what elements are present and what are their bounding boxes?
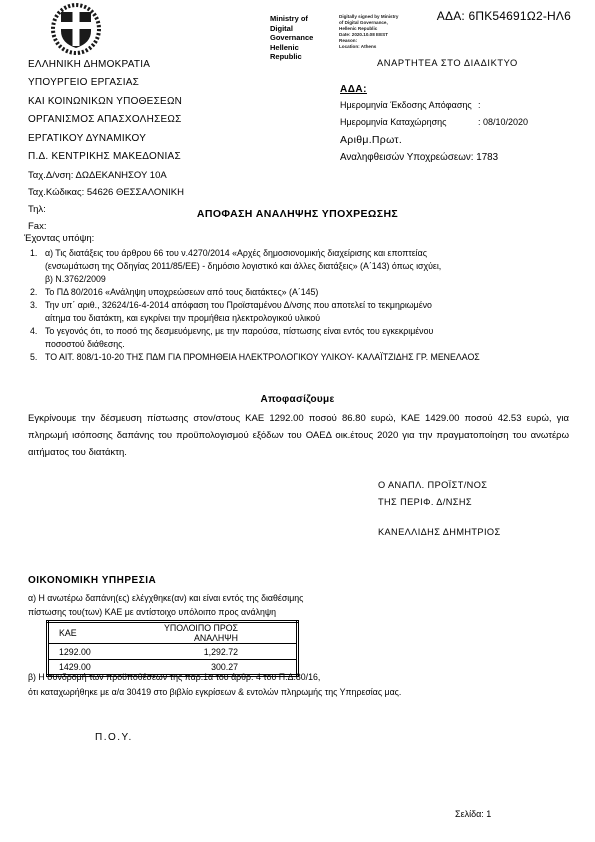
org-line: ΕΡΓΑΤΙΚΟΥ ΔΥΝΑΜΙΚΟΥ (28, 130, 182, 148)
address-postal: Ταχ.Κώδικας: 54626 ΘΕΣΣΑΛΟΝΙΚΗ (28, 184, 184, 201)
col-header-balance: ΥΠΟΛΟΙΠΟ ΠΡΟΣ ΑΝΑΛΗΨΗ (138, 622, 298, 644)
document-title: ΑΠΟΦΑΣΗ ΑΝΑΛΗΨΗΣ ΥΠΟΧΡΕΩΣΗΣ (0, 208, 595, 220)
signature-line: Location: Athens (339, 44, 417, 50)
list-item-number: 2. (30, 286, 45, 299)
signer-title-line1: Ο ΑΝΑΠΛ. ΠΡΟΪΣΤ/ΝΟΣ (378, 477, 501, 494)
org-line: ΟΡΓΑΝΙΣΜΟΣ ΑΠΑΣΧΟΛΗΣΕΩΣ (28, 111, 182, 129)
issue-date-value: : (478, 100, 481, 110)
registration-date-row: Ημερομηνία Καταχώρησης: 08/10/2020 (340, 117, 528, 134)
list-item: 1. α) Τις διατάξεις του άρθρου 66 του ν.… (30, 247, 578, 286)
signer-title-line2: ΤΗΣ ΠΕΡΙΦ. Δ/ΝΣΗΣ (378, 494, 501, 511)
issuing-authority-block: ΕΛΛΗΝΙΚΗ ΔΗΜΟΚΡΑΤΙΑ ΥΠΟΥΡΓΕΙΟ ΕΡΓΑΣΙΑΣ Κ… (28, 56, 182, 166)
list-item-text: Το ΠΔ 80/2016 «Ανάληψη υποχρεώσεων από τ… (45, 286, 578, 299)
protocol-number-row: Αριθμ.Πρωτ. (340, 134, 528, 151)
table: ΚΑΕ ΥΠΟΛΟΙΠΟ ΠΡΟΣ ΑΝΑΛΗΨΗ 1292.00 1,292.… (46, 620, 299, 677)
obligations-label: Αναληφθεισών Υποχρεώσεων: (340, 152, 474, 163)
registration-date-value: : 08/10/2020 (478, 117, 528, 127)
org-line: Π.Δ. ΚΕΝΤΡΙΚΗΣ ΜΑΚΕΔΟΝΙΑΣ (28, 148, 182, 166)
list-item-text: Το γεγονός ότι, το ποσό της δεσμευόμενης… (45, 325, 578, 351)
col-header-kae: ΚΑΕ (48, 622, 138, 644)
decision-body: Εγκρίνουμε την δέσμευση πίστωσης στον/στ… (28, 410, 569, 461)
page-number: Σελίδα: 1 (455, 809, 491, 819)
finance-section-heading: ΟΙΚΟΝΟΜΙΚΗ ΥΠΗΡΕΣΙΑ (28, 575, 156, 586)
having-regard-label: Έχοντας υπόψη: (24, 233, 94, 244)
cell-balance: 1,292.72 (138, 644, 298, 660)
finance-paragraph-b: β) Η συνδρομή των προϋποθέσεων της παρ.1… (28, 670, 401, 699)
coat-of-arms-icon (44, 2, 108, 56)
org-line: ΥΠΟΥΡΓΕΙΟ ΕΡΓΑΣΙΑΣ (28, 74, 182, 92)
ada-code: ΑΔΑ: 6ΠΚ54691Ω2-ΗΛ6 (437, 9, 571, 23)
signature-details: Digitally signed by Ministry of Digital … (339, 14, 417, 62)
poy-label: Π.Ο.Υ. (95, 732, 133, 743)
list-item-number: 4. (30, 325, 45, 351)
list-item-number: 1. (30, 247, 45, 286)
cell-kae: 1292.00 (48, 644, 138, 660)
list-item: 2. Το ΠΔ 80/2016 «Ανάληψη υποχρεώσεων απ… (30, 286, 578, 299)
registration-date-label: Ημερομηνία Καταχώρησης (340, 117, 478, 127)
org-line: ΕΛΛΗΝΙΚΗ ΔΗΜΟΚΡΑΤΙΑ (28, 56, 182, 74)
list-item-text: Την υπ΄ αριθ., 32624/16-4-2014 απόφαση τ… (45, 299, 578, 325)
kae-balance-table: ΚΑΕ ΥΠΟΛΟΙΠΟ ΠΡΟΣ ΑΝΑΛΗΨΗ 1292.00 1,292.… (46, 620, 299, 677)
address-block: Ταχ.Δ/νση: ΔΩΔΕΚΑΝΗΣΟΥ 10Α Ταχ.Κώδικας: … (28, 167, 184, 235)
anartitea-label: ΑΝΑΡΤΗΤΕΑ ΣΤΟ ΔΙΑΔΙΚΤΥΟ (377, 58, 518, 68)
ada-label: ΑΔΑ: (340, 84, 367, 95)
ministry-name-line: Hellenic Republic (270, 43, 332, 62)
issue-date-label: Ημερομηνία Έκδοσης Απόφασης (340, 100, 478, 110)
org-line: ΚΑΙ ΚΟΙΝΩΝΙΚΩΝ ΥΠΟΘΕΣΕΩΝ (28, 93, 182, 111)
list-item-number: 3. (30, 299, 45, 325)
decision-heading: Αποφασίζουμε (0, 394, 595, 405)
list-item: 5. ΤΟ ΑΙΤ. 808/1-10-20 ΤΗΣ ΠΔΜ ΓΙΑ ΠΡΟΜΗ… (30, 351, 578, 364)
list-item: 3. Την υπ΄ αριθ., 32624/16-4-2014 απόφασ… (30, 299, 578, 325)
list-item-number: 5. (30, 351, 45, 364)
issue-date-row: Ημερομηνία Έκδοσης Απόφασης: (340, 100, 528, 117)
obligations-value: 1783 (476, 152, 498, 163)
finance-paragraph-a: α) Η ανωτέρω δαπάνη(ες) ελέγχθηκε(αν) κα… (28, 592, 303, 619)
ministry-name: Ministry of Digital Governance Hellenic … (270, 14, 332, 62)
protocol-number-label: Αριθμ.Πρωτ. (340, 134, 402, 146)
ministry-name-line: Governance (270, 33, 332, 43)
list-item: 4. Το γεγονός ότι, το ποσό της δεσμευόμε… (30, 325, 578, 351)
table-row: 1292.00 1,292.72 (48, 644, 298, 660)
signer-name: ΚΑΝΕΛΛΙΔΗΣ ΔΗΜΗΤΡΙΟΣ (378, 524, 501, 541)
legal-basis-list: 1. α) Τις διατάξεις του άρθρου 66 του ν.… (30, 247, 578, 364)
greek-coat-of-arms (44, 2, 108, 61)
address-street: Ταχ.Δ/νση: ΔΩΔΕΚΑΝΗΣΟΥ 10Α (28, 167, 184, 184)
obligations-row: Αναληφθεισών Υποχρεώσεων: 1783 (340, 152, 528, 169)
list-item-text: α) Τις διατάξεις του άρθρου 66 του ν.427… (45, 247, 578, 286)
digital-signature-stamp: Ministry of Digital Governance Hellenic … (270, 14, 417, 62)
ministry-name-line: Ministry of Digital (270, 14, 332, 33)
table-header-row: ΚΑΕ ΥΠΟΛΟΙΠΟ ΠΡΟΣ ΑΝΑΛΗΨΗ (48, 622, 298, 644)
meta-fields: Ημερομηνία Έκδοσης Απόφασης: Ημερομηνία … (340, 100, 528, 169)
signature-block: Ο ΑΝΑΠΛ. ΠΡΟΪΣΤ/ΝΟΣ ΤΗΣ ΠΕΡΙΦ. Δ/ΝΣΗΣ ΚΑ… (378, 477, 501, 541)
list-item-text: ΤΟ ΑΙΤ. 808/1-10-20 ΤΗΣ ΠΔΜ ΓΙΑ ΠΡΟΜΗΘΕΙ… (45, 351, 578, 364)
